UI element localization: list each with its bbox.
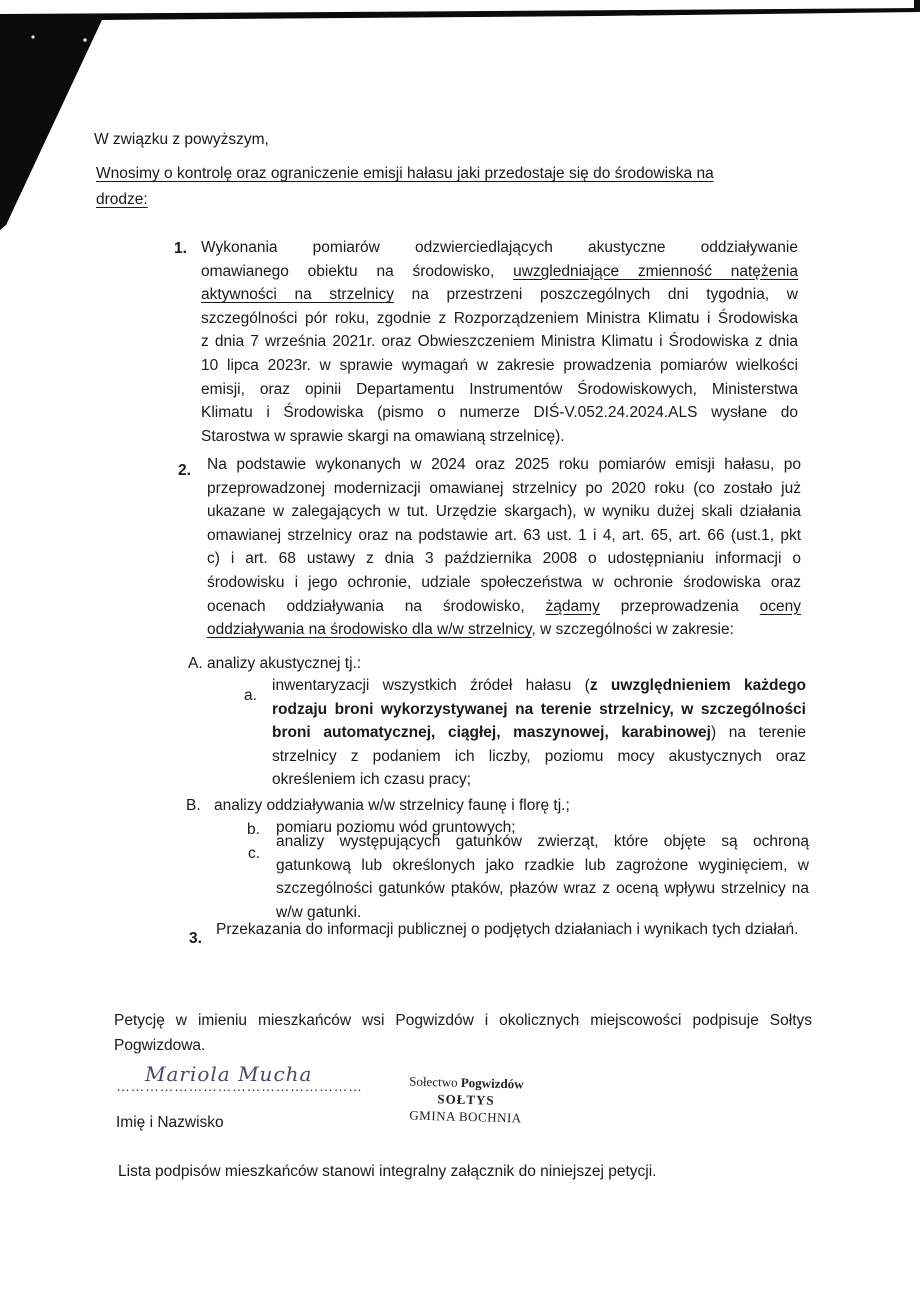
item-2-line: środowisku i jego ochronie, udziale społ… (207, 571, 801, 595)
item-1-line: Klimatu i Środowiska (pismo o numerze DI… (201, 401, 798, 425)
item-2-line: ocenach oddziaływania na środowisko, żąd… (207, 595, 801, 619)
item-1-line: Starostwa w sprawie skargi na omawianą s… (201, 425, 798, 449)
stamp-village: Pogwizdów (461, 1075, 524, 1092)
official-stamp: Sołectwo Pogwizdów SOŁTYS GMINA BOCHNIA (395, 1072, 536, 1127)
item-1-line: Wykonania pomiarów odzwierciedlających a… (201, 236, 798, 260)
attachment-note: Lista podpisów mieszkańców stanowi integ… (118, 1160, 656, 1185)
item-2-text: Na podstawie wykonanych w 2024 oraz 2025… (207, 453, 801, 642)
item-2-number: 2. (178, 462, 191, 480)
name-label: Imię i Nazwisko (116, 1111, 224, 1136)
request-line-1: Wnosimy o kontrolę oraz ograniczenie emi… (96, 162, 714, 187)
item-1-line: omawianego obiektu na środowisko, uwzgle… (201, 260, 798, 284)
item-c-text: analizy występujących gatunków zwierząt,… (276, 830, 809, 924)
request-line-2: drodze: (96, 188, 148, 213)
intro-text: W związku z powyższym, (94, 128, 269, 153)
section-a-text: analizy akustycznej tj.: (207, 655, 361, 672)
item-a-text: inwentaryzacji wszystkich źródeł hałasu … (272, 674, 806, 792)
item-2-line: omawianej strzelnicy oraz na podstawie a… (207, 524, 801, 548)
item-2-line: c) i art. 68 ustawy z dnia 3 październik… (207, 547, 801, 571)
section-b-label: B. (186, 794, 201, 819)
item-1-line: aktywności na strzelnicy na przestrzeni … (201, 283, 798, 307)
section-b-text: analizy oddziaływania w/w strzelnicy fau… (214, 794, 570, 819)
section-a: A. analizy akustycznej tj.: (188, 652, 361, 677)
stamp-line-3: GMINA BOCHNIA (395, 1106, 535, 1127)
item-1-line: szczególności pór roku, zgodnie z Rozpor… (201, 307, 798, 331)
item-1-line: z dnia 7 września 2021r. oraz Obwieszcze… (201, 330, 798, 354)
stamp-prefix: Sołectwo (409, 1074, 458, 1090)
item-1-line: emisji, oraz opinii Departamentu Instrum… (201, 378, 798, 402)
item-b-label: b. (247, 818, 260, 843)
signature-line: …………………………………………… (116, 1078, 363, 1094)
petition-text: Petycję w imieniu mieszkańców wsi Pogwiz… (114, 1008, 812, 1058)
item-c-label: c. (248, 842, 260, 867)
item-3-text: Przekazania do informacji publicznej o p… (216, 917, 810, 942)
document-page: W związku z powyższym, Wnosimy o kontrol… (0, 0, 920, 1301)
item-2-line: ukazane w zalegających w tut. Urzędzie s… (207, 500, 801, 524)
item-1-line: 10 lipca 2023r. w sprawie wymagań w zakr… (201, 354, 798, 378)
item-3-number: 3. (189, 930, 202, 948)
item-a-plain: inwentaryzacji wszystkich źródeł hałasu … (272, 677, 590, 694)
item-2-line: Na podstawie wykonanych w 2024 oraz 2025… (207, 453, 801, 477)
item-1-text: Wykonania pomiarów odzwierciedlających a… (201, 236, 798, 448)
section-a-label: A. (188, 655, 203, 672)
stamp-line-1: Sołectwo Pogwizdów (396, 1072, 536, 1093)
item-2-line: oddziaływania na środowisko dla w/w strz… (207, 618, 801, 642)
item-a-label: a. (244, 684, 257, 709)
item-1-number: 1. (174, 240, 187, 258)
item-2-line: przeprowadzonej modernizacji omawianej s… (207, 477, 801, 501)
